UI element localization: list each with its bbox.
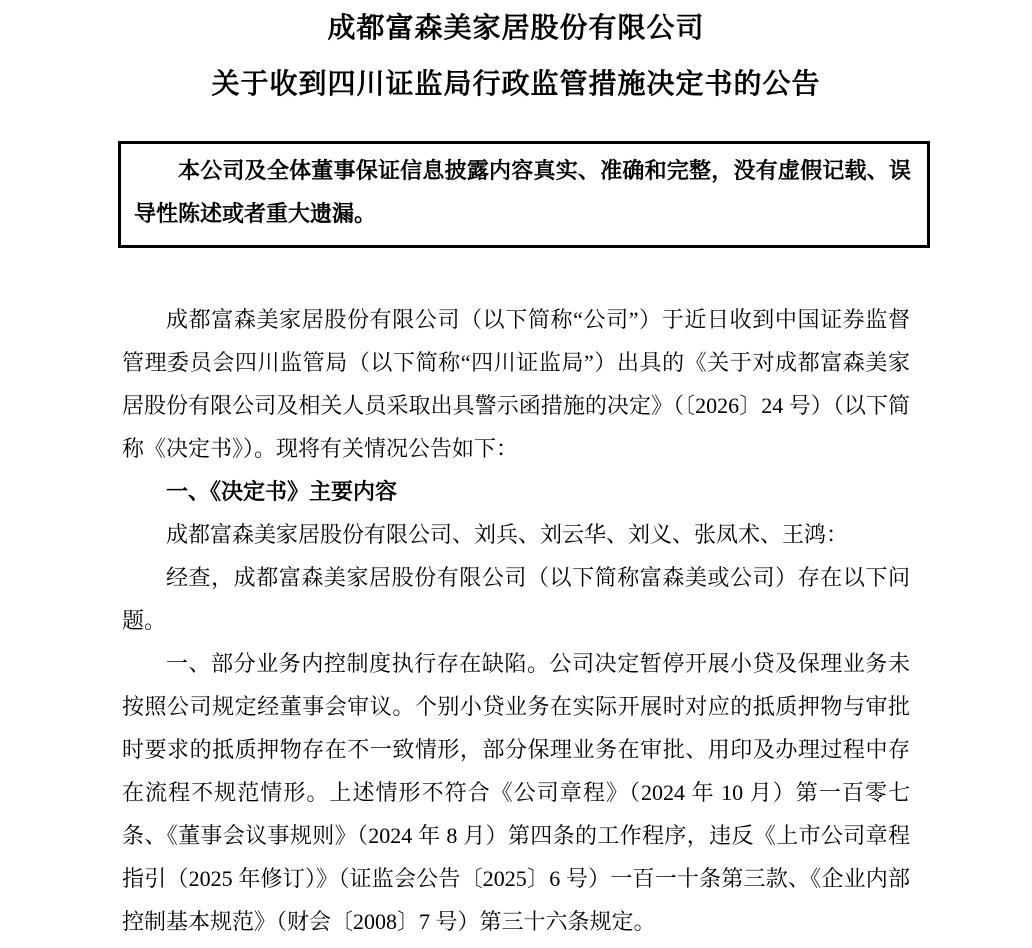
announcement-page: 成都富森美家居股份有限公司 关于收到四川证监局行政监管措施决定书的公告 本公司及…: [0, 0, 1032, 948]
announcement-body: 成都富森美家居股份有限公司（以下简称“公司”）于近日收到中国证券监督管理委员会四…: [122, 298, 910, 943]
company-name-title: 成都富森美家居股份有限公司: [0, 0, 1032, 46]
issue-1-paragraph: 一、部分业务内控制度执行存在缺陷。公司决定暂停开展小贷及保理业务未按照公司规定经…: [122, 642, 910, 943]
findings-intro-paragraph: 经查，成都富森美家居股份有限公司（以下简称富森美或公司）存在以下问题。: [122, 556, 910, 642]
section-heading-decision-content: 一、《决定书》主要内容: [122, 470, 910, 513]
disclaimer-text: 本公司及全体董事保证信息披露内容真实、准确和完整，没有虚假记载、误导性陈述或者重…: [134, 158, 911, 226]
disclaimer-box: 本公司及全体董事保证信息披露内容真实、准确和完整，没有虚假记载、误导性陈述或者重…: [118, 141, 930, 248]
intro-paragraph: 成都富森美家居股份有限公司（以下简称“公司”）于近日收到中国证券监督管理委员会四…: [122, 298, 910, 470]
announcement-title: 关于收到四川证监局行政监管措施决定书的公告: [0, 68, 1032, 102]
addressee-paragraph: 成都富森美家居股份有限公司、刘兵、刘云华、刘义、张凤术、王鸿：: [122, 513, 910, 556]
